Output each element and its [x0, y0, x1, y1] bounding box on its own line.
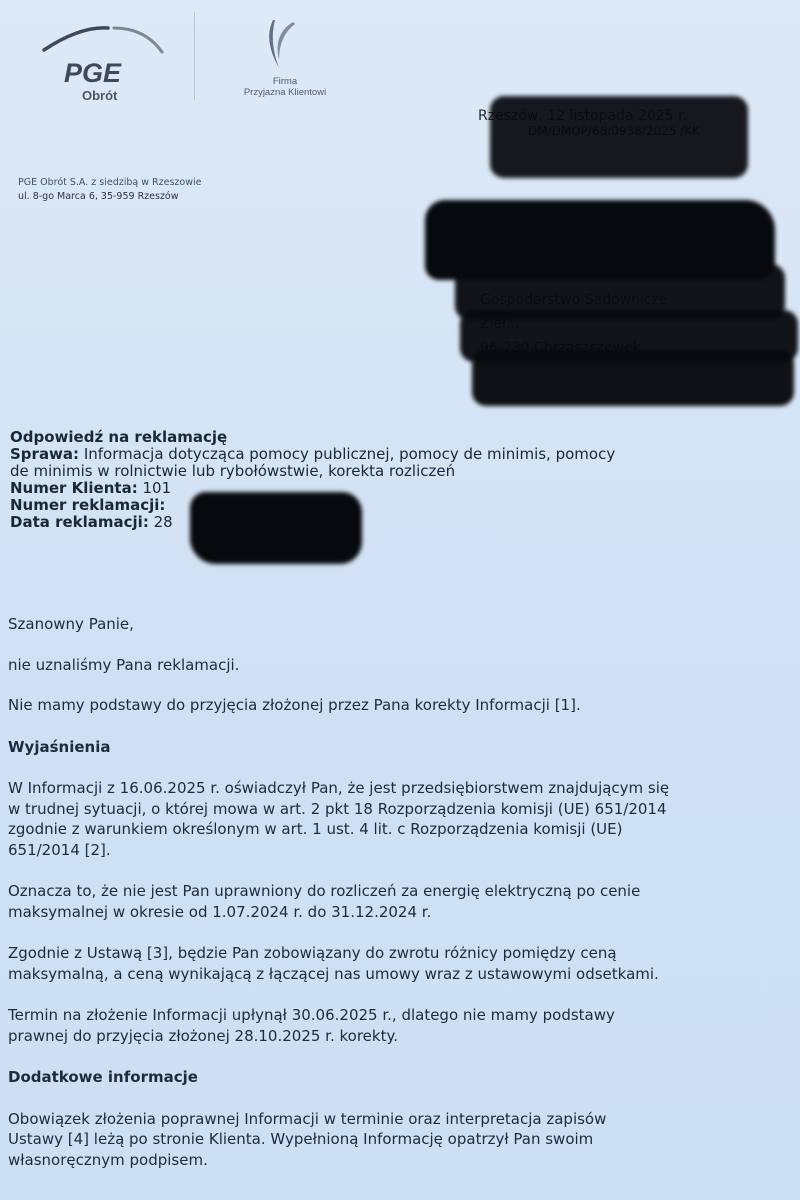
redaction-client-data	[190, 492, 362, 564]
sender-line1: PGE Obrót S.A. z siedzibą w Rzeszowie	[18, 176, 202, 190]
decision: nie uznaliśmy Pana reklamacji.	[8, 655, 793, 676]
para2-line1: Oznacza to, że nie jest Pan uprawniony d…	[8, 882, 640, 900]
paragraph-1: W Informacji z 16.06.2025 r. oświadczył …	[8, 778, 793, 860]
case-text-1: Informacja dotycząca pomocy publicznej, …	[84, 445, 615, 463]
para1-line2: w trudnej sytuacji, o której mowa w art.…	[8, 800, 667, 818]
paragraph-3: Zgodnie z Ustawą [3], będzie Pan zobowią…	[8, 943, 793, 984]
case-label: Sprawa:	[10, 445, 79, 463]
section-explanations-title: Wyjaśnienia	[8, 737, 793, 758]
para1-line4: 651/2014 [2].	[8, 841, 111, 859]
para4-line1: Termin na złożenie Informacji upłynął 30…	[8, 1006, 615, 1024]
letter-title: Odpowiedź na reklamację	[10, 429, 790, 446]
para5-line3: własnoręcznym podpisem.	[8, 1151, 208, 1169]
badge-line1: Firma	[225, 76, 345, 87]
sender-line2: ul. 8-go Marca 6, 35-959 Rzeszów	[18, 190, 202, 204]
para1-line1: W Informacji z 16.06.2025 r. oświadczył …	[8, 779, 669, 797]
complaint-date-label: Data reklamacji:	[10, 513, 149, 531]
complaint-number-row: Numer reklamacji:	[10, 497, 790, 514]
pge-logo: PGE Obrót	[40, 18, 170, 108]
letter-body: Szanowny Panie, nie uznaliśmy Pana rekla…	[8, 614, 793, 1170]
client-number-label: Numer Klienta:	[10, 479, 138, 497]
complaint-date-value: 28	[154, 513, 173, 531]
case-line1: Sprawa: Informacja dotycząca pomocy publ…	[10, 446, 790, 463]
redaction-recipient-4	[472, 350, 794, 406]
badge-line2: Przyjazna Klientowi	[225, 87, 345, 98]
paragraph-5: Obowiązek złożenia poprawnej Informacji …	[8, 1109, 793, 1171]
logo-subtitle: Obrót	[82, 88, 117, 103]
para1-line3: zgodnie z warunkiem określonym w art. 1 …	[8, 820, 622, 838]
para2-line2: maksymalnej w okresie od 1.07.2024 r. do…	[8, 903, 431, 921]
para3-line1: Zgodnie z Ustawą [3], będzie Pan zobowią…	[8, 944, 617, 962]
paragraph-2: Oznacza to, że nie jest Pan uprawniony d…	[8, 881, 793, 922]
complaint-number-label: Numer reklamacji:	[10, 496, 165, 514]
para5-line2: Ustawy [4] leżą po stronie Klienta. Wype…	[8, 1130, 593, 1148]
para5-line1: Obowiązek złożenia poprawnej Informacji …	[8, 1110, 606, 1128]
friendly-company-badge: Firma Przyjazna Klientowi	[225, 14, 345, 104]
paragraph-4: Termin na złożenie Informacji upłynął 30…	[8, 1005, 793, 1046]
para3-line2: maksymalną, a ceną wynikającą z łączącej…	[8, 965, 659, 983]
logo-text: PGE	[64, 58, 121, 89]
client-number-row: Numer Klienta: 101	[10, 480, 790, 497]
sender-address: PGE Obrót S.A. z siedzibą w Rzeszowie ul…	[18, 176, 202, 204]
para4-line2: prawnej do przyjęcia złożonej 28.10.2025…	[8, 1027, 398, 1045]
header-divider	[194, 12, 195, 100]
greeting: Szanowny Panie,	[8, 614, 793, 635]
case-text-2: de minimis w rolnictwie lub rybołówstwie…	[10, 463, 790, 480]
client-number-value: 101	[143, 479, 172, 497]
section-additional-info-title: Dodatkowe informacje	[8, 1067, 793, 1088]
complaint-date-row: Data reklamacji: 28	[10, 514, 790, 531]
reason: Nie mamy podstawy do przyjęcia złożonej …	[8, 695, 793, 716]
redaction-date-block	[490, 96, 748, 178]
subject-block: Odpowiedź na reklamację Sprawa: Informac…	[10, 429, 790, 531]
friendly-company-crescent-icon	[225, 14, 345, 76]
